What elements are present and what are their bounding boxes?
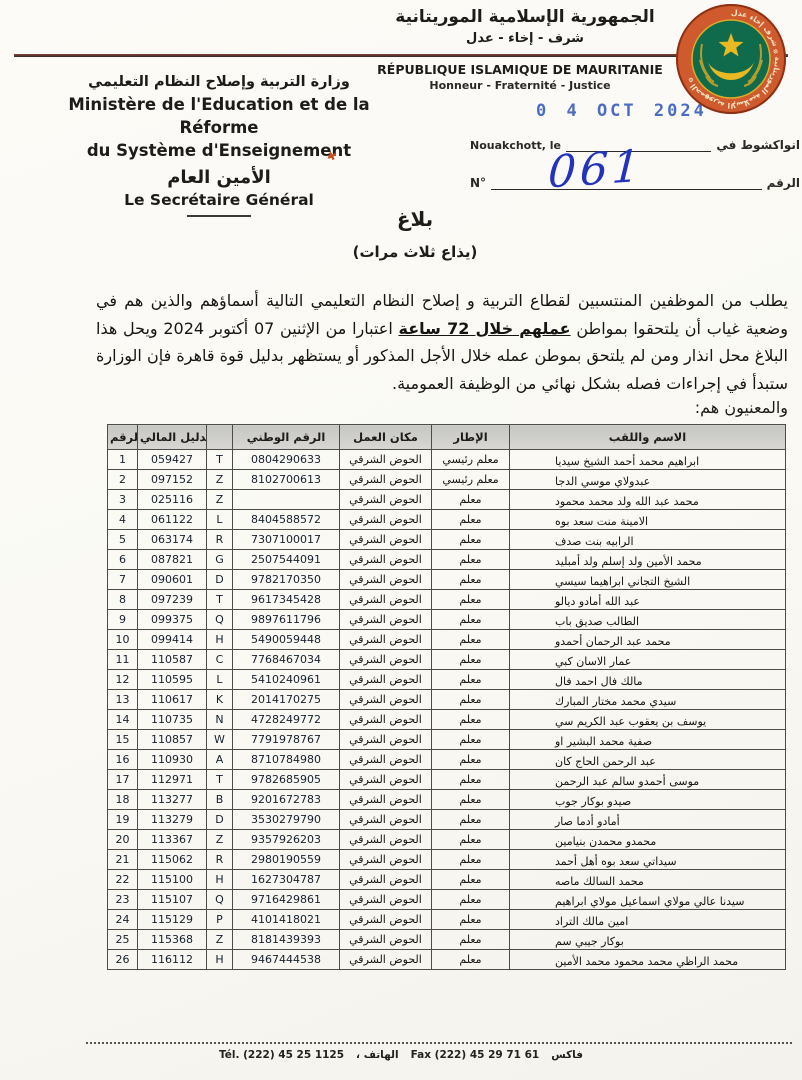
col-header-national-id: الرقم الوطني [233,425,340,450]
cell-cadre: معلم [432,930,510,950]
table-row: 24 115129 P 4101418021 الحوض الشرقي معلم… [108,910,786,930]
national-motto-french: Honneur - Fraternité - Justice [360,79,680,92]
cell-number: 13 [108,690,138,710]
cell-code: T [207,770,233,790]
cell-financial-id: 115062 [138,850,207,870]
cell-code: Z [207,490,233,510]
cell-cadre: معلم [432,810,510,830]
cell-financial-id: 113277 [138,790,207,810]
cell-name: بوكار جيبي سم [510,930,786,950]
cell-national-id: 2507544091 [233,550,340,570]
cell-code: N [207,710,233,730]
staff-table: الرقم الدليل المالي الرقم الوطني مكان ال… [107,424,786,970]
cell-name: سيدي محمد مختار المبارك [510,690,786,710]
cell-financial-id: 116112 [138,950,207,970]
table-row: 11 110587 C 7768467034 الحوض الشرقي معلم… [108,650,786,670]
cell-workplace: الحوض الشرقي [340,650,432,670]
cell-name: سيدنا عالي مولاي اسماعيل مولاي ابراهيم [510,890,786,910]
cell-national-id: 7768467034 [233,650,340,670]
place-label-french: Nouakchott, le [470,139,561,152]
footer-tel-french: Tél. (222) 45 25 1125 [219,1049,344,1061]
cell-national-id: 0804290633 [233,450,340,470]
cell-national-id: 4728249772 [233,710,340,730]
table-row: 7 090601 D 9782170350 الحوض الشرقي معلم … [108,570,786,590]
cell-code: R [207,530,233,550]
cell-number: 9 [108,610,138,630]
cell-number: 2 [108,470,138,490]
table-row: 4 061122 L 8404588572 الحوض الشرقي معلم … [108,510,786,530]
cell-name: موسى أحمدو سالم عبد الرحمن [510,770,786,790]
cell-workplace: الحوض الشرقي [340,690,432,710]
cell-cadre: معلم رئيسي [432,470,510,490]
cell-number: 12 [108,670,138,690]
cell-workplace: الحوض الشرقي [340,570,432,590]
table-row: 8 097239 T 9617345428 الحوض الشرقي معلم … [108,590,786,610]
cell-national-id: 8710784980 [233,750,340,770]
office-title-arabic: الأمين العام [38,167,400,188]
cell-workplace: الحوض الشرقي [340,930,432,950]
cell-financial-id: 115107 [138,890,207,910]
cell-code: B [207,790,233,810]
cell-name: محمد الراظي محمد محمود محمد الأمين [510,950,786,970]
cell-code: R [207,850,233,870]
cell-name: عبدولاي موسي الدجا [510,470,786,490]
cell-national-id: 9897611796 [233,610,340,630]
cell-cadre: معلم [432,690,510,710]
table-row: 19 113279 D 3530279790 الحوض الشرقي معلم… [108,810,786,830]
cell-financial-id: 061122 [138,510,207,530]
cell-workplace: الحوض الشرقي [340,790,432,810]
cell-name: عبد الرحمن الحاج كان [510,750,786,770]
table-row: 10 099414 H 5490059448 الحوض الشرقي معلم… [108,630,786,650]
cell-national-id: 9201672783 [233,790,340,810]
cell-name: محمد عبد الرحمان أحمدو [510,630,786,650]
body-paragraph: يطلب من الموظفين المنتسبين لقطاع التربية… [96,287,788,397]
cell-cadre: معلم [432,730,510,750]
cell-name: محمد السالك ماصه [510,870,786,890]
cell-number: 20 [108,830,138,850]
cell-financial-id: 113279 [138,810,207,830]
cell-name: الطالب صديق باب [510,610,786,630]
cell-cadre: معلم [432,550,510,570]
footer-fax-arabic: فاكس [551,1049,583,1061]
cell-code: K [207,690,233,710]
cell-code: H [207,630,233,650]
cell-workplace: الحوض الشرقي [340,890,432,910]
cell-code: L [207,510,233,530]
cell-cadre: معلم [432,950,510,970]
cell-number: 15 [108,730,138,750]
cell-number: 23 [108,890,138,910]
table-row: 12 110595 L 5410240961 الحوض الشرقي معلم… [108,670,786,690]
footer-contact: Tél. (222) 45 25 1125، الهاتفFax (222) 4… [0,1049,802,1061]
cell-cadre: معلم [432,790,510,810]
footer-tel-arabic: ، الهاتف [356,1049,399,1061]
table-row: 16 110930 A 8710784980 الحوض الشرقي معلم… [108,750,786,770]
cell-workplace: الحوض الشرقي [340,810,432,830]
table-row: 2 097152 Z 8102700613 الحوض الشرقي معلم … [108,470,786,490]
cell-cadre: معلم [432,670,510,690]
scanned-document-page: الجمهورية الإسلامية الموريتانية شرف - إخ… [0,0,802,1080]
cell-code: W [207,730,233,750]
cell-number: 6 [108,550,138,570]
table-row: 9 099375 Q 9897611796 الحوض الشرقي معلم … [108,610,786,630]
number-label-arabic: الرقم [767,176,800,190]
cell-name: يوسف بن يعقوب عبد الكريم سي [510,710,786,730]
cell-national-id: 9716429861 [233,890,340,910]
cell-name: سيداتي سعد بوه أهل أحمد [510,850,786,870]
cell-national-id: 9467444538 [233,950,340,970]
cell-workplace: الحوض الشرقي [340,550,432,570]
cell-cadre: معلم [432,650,510,670]
cell-name: الشيخ التجاني ابراهيما سيسي [510,570,786,590]
table-row: 5 063174 R 7307100017 الحوض الشرقي معلم … [108,530,786,550]
cell-national-id [233,490,340,510]
table-row: 25 115368 Z 8181439393 الحوض الشرقي معلم… [108,930,786,950]
cell-number: 25 [108,930,138,950]
cell-financial-id: 115100 [138,870,207,890]
list-intro: والمعنيون هم: [96,398,788,417]
table-row: 15 110857 W 7791978767 الحوض الشرقي معلم… [108,730,786,750]
cell-code: D [207,810,233,830]
cell-financial-id: 090601 [138,570,207,590]
cell-code: T [207,450,233,470]
col-header-code [207,425,233,450]
cell-financial-id: 063174 [138,530,207,550]
cell-cadre: معلم رئيسي [432,450,510,470]
ministry-name-french-line2: du Système d'Enseignement [38,139,400,162]
cell-workplace: الحوض الشرقي [340,730,432,750]
cell-workplace: الحوض الشرقي [340,870,432,890]
cell-workplace: الحوض الشرقي [340,630,432,650]
cell-number: 4 [108,510,138,530]
cell-number: 21 [108,850,138,870]
cell-cadre: معلم [432,490,510,510]
place-label-arabic: انواكشوط في [716,138,800,152]
cell-number: 16 [108,750,138,770]
table-row: 14 110735 N 4728249772 الحوض الشرقي معلم… [108,710,786,730]
cell-code: C [207,650,233,670]
cell-name: أمادو أدما صار [510,810,786,830]
ministry-name-french-line1: Ministère de l'Education et de la Réform… [38,93,400,139]
cell-financial-id: 112971 [138,770,207,790]
col-header-cadre: الإطار [432,425,510,450]
cell-workplace: الحوض الشرقي [340,850,432,870]
number-label-french: N° [470,176,486,190]
cell-code: T [207,590,233,610]
cell-national-id: 5490059448 [233,630,340,650]
cell-number: 3 [108,490,138,510]
footer-fax-french: Fax (222) 45 29 71 61 [411,1049,540,1061]
handwritten-reference-number: 061 [547,140,645,198]
cell-cadre: معلم [432,890,510,910]
cell-code: Z [207,830,233,850]
cell-financial-id: 087821 [138,550,207,570]
staff-table-body: 1 059427 T 0804290633 الحوض الشرقي معلم … [108,450,786,970]
cell-financial-id: 110735 [138,710,207,730]
cell-code: A [207,750,233,770]
ministry-header-block: وزارة التربية وإصلاح النظام التعليمي Min… [38,74,400,217]
cell-cadre: معلم [432,910,510,930]
table-row: 17 112971 T 9782685905 الحوض الشرقي معلم… [108,770,786,790]
cell-code: D [207,570,233,590]
document-subtitle: (يذاع ثلاث مرات) [0,243,802,261]
cell-code: Z [207,930,233,950]
cell-name: صفية محمد البشير او [510,730,786,750]
national-motto-arabic: شرف - إخاء - عدل [380,31,670,46]
table-row: 22 115100 H 1627304787 الحوض الشرقي معلم… [108,870,786,890]
table-row: 6 087821 G 2507544091 الحوض الشرقي معلم … [108,550,786,570]
cell-name: الامينة منت سعد بوه [510,510,786,530]
cell-workplace: الحوض الشرقي [340,530,432,550]
cell-national-id: 4101418021 [233,910,340,930]
cell-national-id: 5410240961 [233,670,340,690]
cell-number: 5 [108,530,138,550]
cell-national-id: 9617345428 [233,590,340,610]
cell-national-id: 7307100017 [233,530,340,550]
cell-name: صيدو بوكار جوب [510,790,786,810]
cell-national-id: 8181439393 [233,930,340,950]
cell-code: H [207,950,233,970]
cell-name: محمد الأمين ولد إسلم ولد أمبليد [510,550,786,570]
table-row: 1 059427 T 0804290633 الحوض الشرقي معلم … [108,450,786,470]
cell-number: 26 [108,950,138,970]
cell-workplace: الحوض الشرقي [340,610,432,630]
cell-cadre: معلم [432,510,510,530]
cell-national-id: 7791978767 [233,730,340,750]
cell-financial-id: 115368 [138,930,207,950]
cell-number: 11 [108,650,138,670]
cell-workplace: الحوض الشرقي [340,770,432,790]
cell-workplace: الحوض الشرقي [340,470,432,490]
table-row: 23 115107 Q 9716429861 الحوض الشرقي معلم… [108,890,786,910]
document-title: بلاغ [0,207,802,231]
cell-number: 1 [108,450,138,470]
republic-title-french: RÉPUBLIQUE ISLAMIQUE DE MAURITANIE [360,62,680,77]
staff-table-header: الرقم الدليل المالي الرقم الوطني مكان ال… [108,425,786,450]
cell-financial-id: 099375 [138,610,207,630]
cell-workplace: الحوض الشرقي [340,590,432,610]
cell-number: 8 [108,590,138,610]
cell-financial-id: 110595 [138,670,207,690]
cell-workplace: الحوض الشرقي [340,950,432,970]
cell-number: 10 [108,630,138,650]
cell-cadre: معلم [432,630,510,650]
cell-code: P [207,910,233,930]
cell-cadre: معلم [432,570,510,590]
col-header-number: الرقم [108,425,138,450]
cell-name: محمد عبد الله ولد محمد محمود [510,490,786,510]
cell-name: ابراهيم محمد أحمد الشيخ سيديا [510,450,786,470]
cell-code: H [207,870,233,890]
cell-financial-id: 115129 [138,910,207,930]
table-row: 18 113277 B 9201672783 الحوض الشرقي معلم… [108,790,786,810]
cell-cadre: معلم [432,590,510,610]
cell-number: 22 [108,870,138,890]
col-header-workplace: مكان العمل [340,425,432,450]
cell-national-id: 8102700613 [233,470,340,490]
cell-cadre: معلم [432,750,510,770]
cell-cadre: معلم [432,830,510,850]
table-row: 26 116112 H 9467444538 الحوض الشرقي معلم… [108,950,786,970]
mauritania-seal-icon: الجمهورية الإسلامية الموريتانية ۞ شرف إخ… [662,2,800,122]
table-row: 13 110617 K 2014170275 الحوض الشرقي معلم… [108,690,786,710]
cell-national-id: 2980190559 [233,850,340,870]
cell-code: Z [207,470,233,490]
cell-financial-id: 097239 [138,590,207,610]
cell-financial-id: 110587 [138,650,207,670]
col-header-financial-id: الدليل المالي [138,425,207,450]
cell-name: الرابيه بنت صدف [510,530,786,550]
table-row: 20 113367 Z 9357926203 الحوض الشرقي معلم… [108,830,786,850]
cell-cadre: معلم [432,770,510,790]
cell-financial-id: 099414 [138,630,207,650]
cell-cadre: معلم [432,530,510,550]
cell-cadre: معلم [432,850,510,870]
cell-workplace: الحوض الشرقي [340,750,432,770]
footer-divider [86,1042,792,1044]
cell-national-id: 2014170275 [233,690,340,710]
cell-name: عمار الاسان كبي [510,650,786,670]
cell-workplace: الحوض الشرقي [340,510,432,530]
cell-workplace: الحوض الشرقي [340,450,432,470]
cell-workplace: الحوض الشرقي [340,710,432,730]
body-text-emphasis: عملهم خلال 72 ساعة [398,319,570,338]
cell-name: عبد الله أمادو ديالو [510,590,786,610]
cell-financial-id: 025116 [138,490,207,510]
cell-workplace: الحوض الشرقي [340,490,432,510]
cell-national-id: 3530279790 [233,810,340,830]
cell-financial-id: 110857 [138,730,207,750]
cell-workplace: الحوض الشرقي [340,670,432,690]
ministry-name-arabic: وزارة التربية وإصلاح النظام التعليمي [38,74,400,90]
cell-national-id: 9782685905 [233,770,340,790]
cell-number: 18 [108,790,138,810]
cell-national-id: 9357926203 [233,830,340,850]
cell-number: 17 [108,770,138,790]
cell-number: 24 [108,910,138,930]
cell-code: G [207,550,233,570]
cell-number: 14 [108,710,138,730]
cell-code: L [207,670,233,690]
cell-cadre: معلم [432,870,510,890]
col-header-name: الاسم واللقب [510,425,786,450]
republic-title-arabic: الجمهورية الإسلامية الموريتانية [380,7,670,27]
cell-financial-id: 110617 [138,690,207,710]
cell-name: مالك فال احمد فال [510,670,786,690]
cell-financial-id: 059427 [138,450,207,470]
cell-financial-id: 113367 [138,830,207,850]
cell-name: محمدو محمدن بنيامين [510,830,786,850]
cell-financial-id: 097152 [138,470,207,490]
cell-national-id: 8404588572 [233,510,340,530]
cell-national-id: 9782170350 [233,570,340,590]
cell-cadre: معلم [432,610,510,630]
cell-cadre: معلم [432,710,510,730]
table-row: 21 115062 R 2980190559 الحوض الشرقي معلم… [108,850,786,870]
cell-financial-id: 110930 [138,750,207,770]
cell-national-id: 1627304787 [233,870,340,890]
cell-name: امين مالك التراد [510,910,786,930]
cell-number: 19 [108,810,138,830]
cell-code: Q [207,610,233,630]
cell-workplace: الحوض الشرقي [340,910,432,930]
cell-workplace: الحوض الشرقي [340,830,432,850]
cell-code: Q [207,890,233,910]
cell-number: 7 [108,570,138,590]
table-row: 3 025116 Z الحوض الشرقي معلم محمد عبد ال… [108,490,786,510]
